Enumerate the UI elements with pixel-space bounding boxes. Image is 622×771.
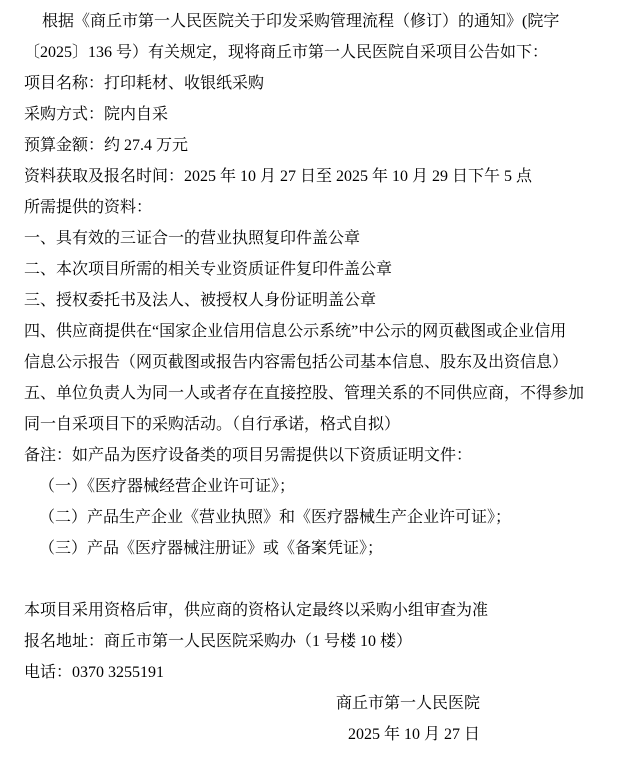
procurement-announcement-document: 根据《商丘市第一人民医院关于印发采购管理流程（修订）的通知》(院字 〔2025〕… — [0, 0, 622, 750]
intro-line-2: 〔2025〕136 号）有关规定，现将商丘市第一人民医院自采项目公告如下： — [24, 37, 622, 68]
registration-address: 报名地址：商丘市第一人民医院采购办（1 号楼 10 楼） — [24, 626, 622, 657]
requirement-2: 二、本次项目所需的相关专业资质证件复印件盖公章 — [24, 254, 622, 285]
requirement-1: 一、具有效的三证合一的营业执照复印件盖公章 — [24, 223, 622, 254]
remark-item-3: （三）产品《医疗器械注册证》或《备案凭证》； — [24, 533, 622, 564]
signature-date: 2025 年 10 月 27 日 — [24, 719, 622, 750]
requirement-5-line-2: 同一自采项目下的采购活动。（自行承诺，格式自拟） — [24, 409, 622, 440]
signature-organization: 商丘市第一人民医院 — [24, 688, 622, 719]
remark-item-1: （一）《医疗器械经营企业许可证》； — [24, 471, 622, 502]
materials-heading: 所需提供的资料： — [24, 192, 622, 223]
procurement-method: 采购方式：院内自采 — [24, 99, 622, 130]
requirement-4-line-1: 四、供应商提供在“国家企业信用信息公示系统”中公示的网页截图或企业信用 — [24, 316, 622, 347]
remark-item-2: （二）产品生产企业《营业执照》和《医疗器械生产企业许可证》； — [24, 502, 622, 533]
requirement-4-line-2: 信息公示报告（网页截图或报告内容需包括公司基本信息、股东及出资信息） — [24, 347, 622, 378]
project-name: 项目名称：打印耗材、收银纸采购 — [24, 68, 622, 99]
registration-time: 资料获取及报名时间：2025 年 10 月 27 日至 2025 年 10 月 … — [24, 161, 622, 192]
budget-amount: 预算金额：约 27.4 万元 — [24, 130, 622, 161]
phone-number: 电话：0370 3255191 — [24, 657, 622, 688]
requirement-5-line-1: 五、单位负责人为同一人或者存在直接控股、管理关系的不同供应商，不得参加 — [24, 378, 622, 409]
requirement-3: 三、授权委托书及法人、被授权人身份证明盖公章 — [24, 285, 622, 316]
intro-line-1: 根据《商丘市第一人民医院关于印发采购管理流程（修订）的通知》(院字 — [24, 6, 622, 37]
qualification-review-note: 本项目采用资格后审，供应商的资格认定最终以采购小组审查为准 — [24, 595, 622, 626]
remark-heading: 备注：如产品为医疗设备类的项目另需提供以下资质证明文件： — [24, 440, 622, 471]
